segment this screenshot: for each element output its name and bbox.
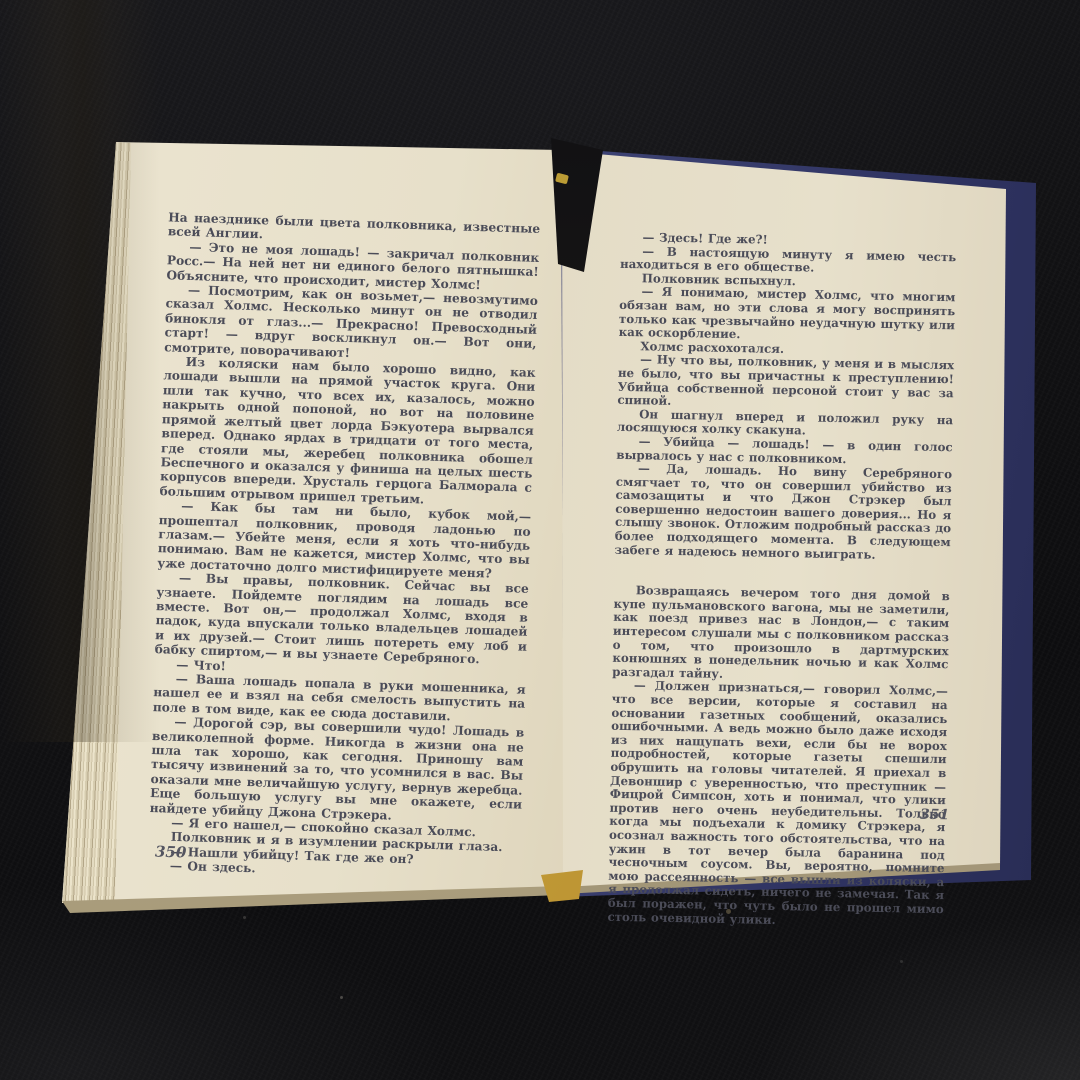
left-page-number: 350 [155,842,187,861]
right-page-number: 351 [920,807,950,824]
dust-specks [340,996,343,999]
paragraph: — Да, лошадь. Но вину Серебряного смягча… [614,462,952,564]
paragraph: Из коляски нам было хорошо видно, как ло… [159,354,535,510]
right-page-text: — Здесь! Где же?!— В настоящую минуту я … [607,231,956,930]
paragraph: Возвращаясь вечером того дня домой в куп… [612,584,950,686]
paragraph: — Вы правы, полковник. Сейчас вы все узн… [154,570,529,668]
paragraph: — Я понимаю, мистер Холмс, что многим об… [619,285,956,346]
left-page-text: На наезднике были цвета полковника, изве… [148,210,541,884]
photo-scene: На наезднике были цвета полковника, изве… [0,0,1080,1080]
paragraph: — Дорогой сэр, вы совершили чудо! Лошадь… [149,714,524,826]
paragraph: — Посмотрим, как он возьмет,— невозмутим… [164,282,538,366]
paragraph: — Должен признаться,— говорил Холмс,— чт… [607,679,948,930]
paragraph: — Ну что вы, полковник, у меня и в мысля… [617,353,954,414]
paragraph: — Как бы там ни было, кубок мой,— прошеп… [157,498,531,582]
gutter-shadow [0,0,160,742]
